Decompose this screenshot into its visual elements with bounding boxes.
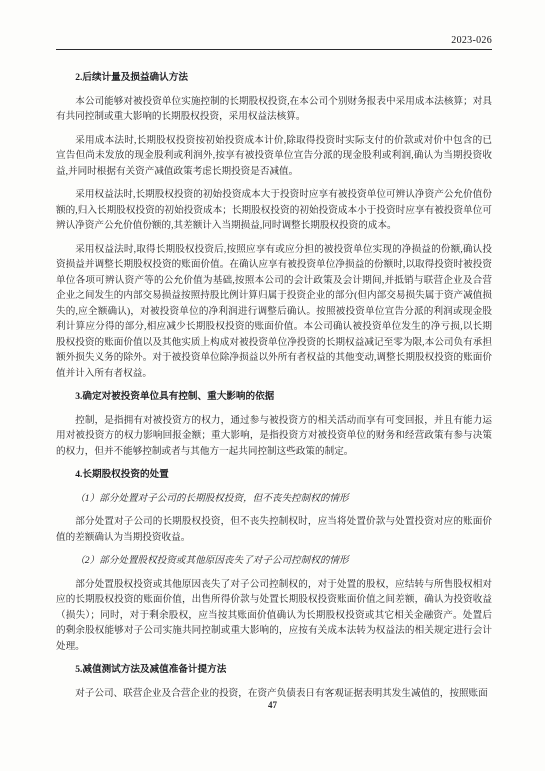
document-page: 2023-026 2.后续计量及损益确认方法 本公司能够对被投资单位实施控制的长…	[0, 0, 545, 771]
section-heading-control-basis: 3.确定对被投资单位具有控制、重大影响的依据	[56, 389, 492, 405]
body-paragraph: 采用成本法时,长期股权投资按初始投资成本计价,除取得投资时实际支付的价款或对价中…	[56, 133, 492, 180]
doc-number: 2023-026	[451, 35, 492, 46]
body-paragraph: 部分处置股权投资或其他原因丧失了对子公司控制权的，对于处置的股权，应结转与所售股…	[56, 577, 492, 655]
body-paragraph: 控制，是指拥有对被投资方的权力，通过参与被投资方的相关活动而享有可变回报，并且有…	[56, 413, 492, 460]
section-heading-impairment: 5.减值测试方法及减值准备计提方法	[56, 662, 492, 678]
body-paragraph: 对子公司、联营企业及合营企业的投资，在资产负债表日有客观证据表明其发生减值的，按…	[56, 686, 492, 702]
document-body: 2.后续计量及损益确认方法 本公司能够对被投资单位实施控制的长期股权投资,在本公…	[56, 62, 492, 709]
sub-heading-partial-disposal-2: （2）部分处置股权投资或其他原因丧失了对子公司控制权的情形	[56, 553, 492, 569]
section-heading-subsequent-measurement: 2.后续计量及损益确认方法	[56, 70, 492, 86]
page-header: 2023-026	[56, 35, 492, 50]
body-paragraph: 采用权益法时,长期股权投资的初始投资成本大于投资时应享有被投资单位可辨认净资产公…	[56, 187, 492, 234]
body-paragraph: 部分处置对子公司的长期股权投资，但不丧失控制权时，应当将处置价款与处置投资对应的…	[56, 514, 492, 545]
page-footer: 47	[0, 700, 545, 710]
section-heading-disposal: 4.长期股权投资的处置	[56, 467, 492, 483]
body-paragraph: 本公司能够对被投资单位实施控制的长期股权投资,在本公司个别财务报表中采用成本法核…	[56, 94, 492, 125]
sub-heading-partial-disposal-1: （1）部分处置对子公司的长期股权投资，但不丧失控制权的情形	[56, 491, 492, 507]
page-number: 47	[268, 700, 277, 710]
body-paragraph: 采用权益法时,取得长期股权投资后,按照应享有或应分担的被投资单位实现的净损益的份…	[56, 242, 492, 382]
